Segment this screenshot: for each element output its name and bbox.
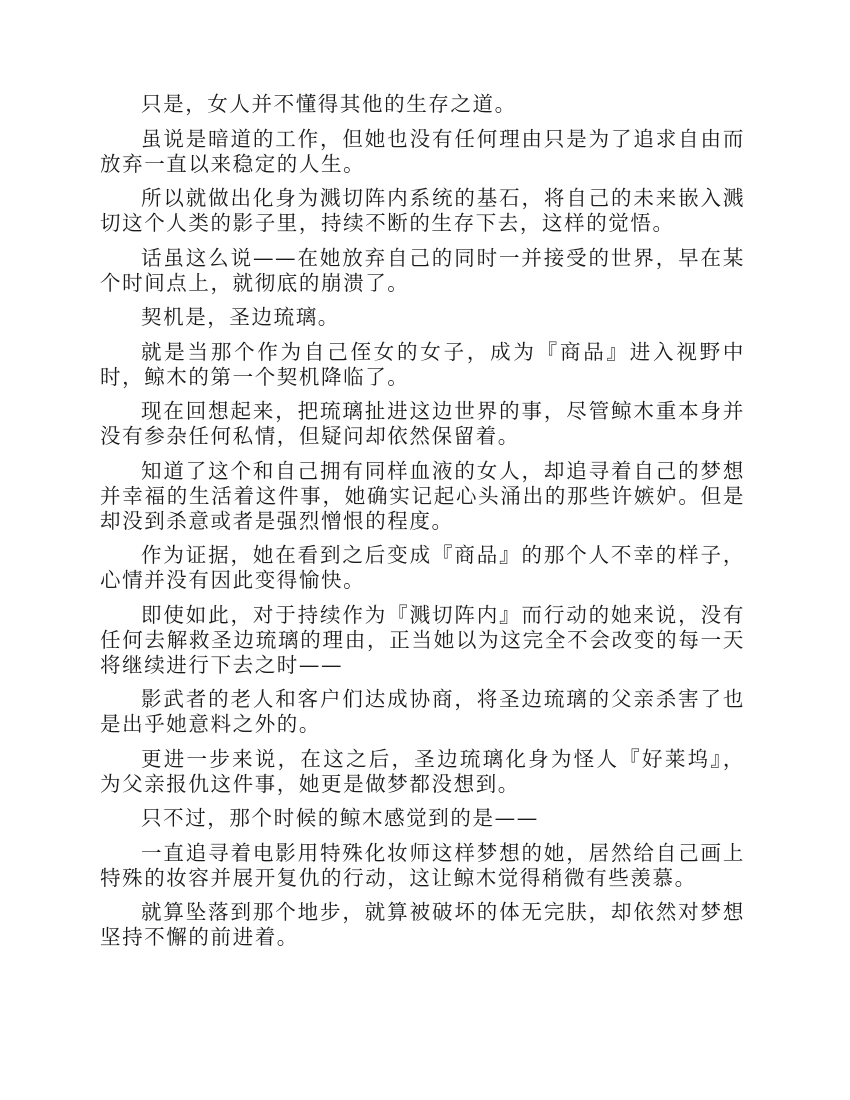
paragraph: 话虽这么说——在她放弃自己的同时一并接受的世界，早在某个时间点上，就彻底的崩溃了… [100,246,745,296]
paragraph: 就算坠落到那个地步，就算被破坏的体无完肤，却依然对梦想坚持不懈的前进着。 [100,900,745,950]
paragraph: 作为证据，她在看到之后变成『商品』的那个人不幸的样子，心情并没有因此变得愉快。 [100,543,745,593]
paragraph: 所以就做出化身为溅切阵内系统的基石，将自己的未来嵌入溅切这个人类的影子里，持续不… [100,186,745,236]
paragraph: 只不过，那个时候的鲸木感觉到的是—— [100,806,745,831]
paragraph: 虽说是暗道的工作，但她也没有任何理由只是为了追求自由而放弃一直以来稳定的人生。 [100,127,745,177]
paragraph: 契机是，圣边琉璃。 [100,305,745,330]
paragraph: 就是当那个作为自己侄女的女子，成为『商品』进入视野中时，鲸木的第一个契机降临了。 [100,340,745,390]
paragraph: 影武者的老人和客户们达成协商，将圣边琉璃的父亲杀害了也是出乎她意料之外的。 [100,687,745,737]
paragraph: 更进一步来说，在这之后，圣边琉璃化身为怪人『好莱坞』，为父亲报仇这件事，她更是做… [100,747,745,797]
paragraph: 现在回想起来，把琉璃扯进这边世界的事，尽管鲸木重本身并没有参杂任何私情，但疑问却… [100,399,745,449]
paragraph: 一直追寻着电影用特殊化妆师这样梦想的她，居然给自己画上特殊的妆容并展开复仇的行动… [100,841,745,891]
paragraph: 知道了这个和自己拥有同样血液的女人，却追寻着自己的梦想并幸福的生活着这件事，她确… [100,459,745,534]
document-page: 只是，女人并不懂得其他的生存之道。 虽说是暗道的工作，但她也没有任何理由只是为了… [100,92,745,960]
paragraph: 即使如此，对于持续作为『溅切阵内』而行动的她来说，没有任何去解救圣边琉璃的理由，… [100,603,745,678]
paragraph: 只是，女人并不懂得其他的生存之道。 [100,92,745,117]
